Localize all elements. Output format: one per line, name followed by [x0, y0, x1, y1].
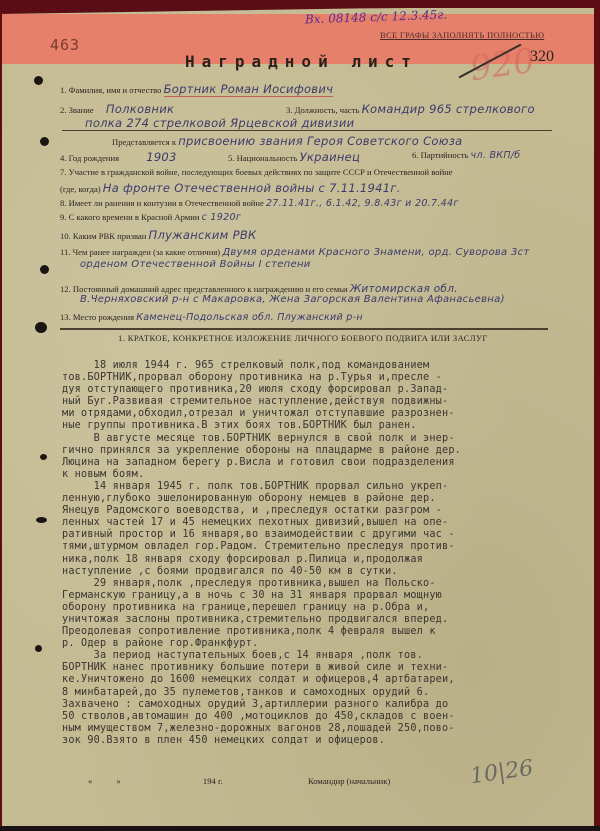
binder-hole-icon: [40, 137, 49, 146]
divider: [62, 130, 552, 131]
field-label: Каким РВК призван: [73, 231, 146, 241]
field-number: 3.: [286, 105, 292, 115]
narrative-line: ми отрядами,обходил,отрезал и уничтожал …: [62, 408, 582, 420]
narrative-line: БОРТНИК нанес противнику большие потери …: [62, 662, 582, 674]
narrative-line: ленную,глубоко эшелонированную оборону н…: [62, 493, 582, 505]
field-rank: 2. Звание Полковник: [60, 102, 174, 116]
bottom-edge: [0, 826, 600, 831]
sheet-number: 320: [530, 48, 554, 66]
field-value: Двумя орденами Красного Знамени, орд. Су…: [222, 247, 529, 258]
field-number: 4.: [60, 153, 66, 163]
field-number: 2.: [60, 105, 66, 115]
divider: [60, 328, 548, 330]
narrative-text: 18 июля 1944 г. 965 стрелковый полк,под …: [62, 360, 582, 747]
field-value: Командир 965 стрелкового: [362, 102, 535, 116]
archive-number: 463: [50, 36, 80, 54]
field-value: Плужанским РВК: [149, 228, 257, 242]
narrative-line: гично принялся за укрепление обороны на …: [62, 445, 582, 457]
narrative-line: 14 января 1945 г. полк тов.БОРТНИК прорв…: [62, 481, 582, 493]
field-number: 10.: [60, 231, 71, 241]
field-number: 13.: [60, 312, 71, 322]
narrative-line: ративный простор и 16 января,во взаимоде…: [62, 529, 582, 541]
field-value: Полковник: [106, 102, 174, 116]
field-previous-awards: 11. Чем ранее награжден (за какие отличи…: [60, 247, 530, 258]
field-value: орденом Отечественной Войны I степени: [80, 259, 311, 270]
field-birth-year: 4. Год рождения 1903: [60, 150, 177, 164]
field-birthplace: 13. Место рождения Каменец-Подольская об…: [60, 312, 363, 323]
field-number: 12.: [60, 284, 71, 294]
narrative-line: Захвачено : самоходных орудий 3,артиллер…: [62, 699, 582, 711]
field-label: Должность, часть: [295, 105, 360, 115]
narrative-line: Преодолевая сопротивление противника,пол…: [62, 626, 582, 638]
field-label: Национальность: [237, 153, 298, 163]
narrative-line: Янецув Радомского воеводства, и ,преслед…: [62, 505, 582, 517]
narrative-line: тов.БОРТНИК,прорвал оборону противника н…: [62, 372, 582, 384]
field-value: Украинец: [300, 150, 361, 164]
field-label: (где, когда): [60, 184, 101, 194]
field-label: Чем ранее награжден (за какие отличия): [73, 247, 221, 257]
field-home-address-cont: В.Черняховский р-н с Макаровка, Жена Заг…: [80, 294, 505, 305]
field-value: Каменец-Подольская обл. Плужанский р-н: [136, 312, 363, 323]
field-number: 11.: [60, 247, 70, 257]
field-conscription-office: 10. Каким РВК призван Плужанским РВК: [60, 228, 257, 242]
field-value: с 1920г: [202, 212, 242, 223]
field-army-since: 9. С какого времени в Красной Армии с 19…: [60, 212, 241, 223]
field-value: полка 274 стрелковой Ярцевской дивизии: [85, 116, 354, 130]
document-title: Наградной лист: [185, 52, 418, 71]
field-value: присвоению звания Героя Советского Союза: [178, 134, 462, 148]
field-value: 27.11.41г., 6.1.42, 9.8.43г и 20.7.44г: [266, 198, 459, 209]
narrative-line: ные группы противника.В этих боях тов.БО…: [62, 420, 582, 432]
field-label: Место рождения: [73, 312, 134, 322]
field-number: 1.: [60, 85, 66, 95]
field-presented-for: Представляется к присвоению звания Героя…: [112, 134, 462, 148]
binder-hole-icon: [35, 645, 42, 652]
narrative-line: зок 90.Взято в плен 450 немецких солдат …: [62, 735, 582, 747]
document-page: 463 Вх. 08148 с/с 12.3.45г. ВСЕ ГРАФЫ ЗА…: [0, 0, 600, 831]
field-war-participation: 7. Участие в гражданской войне, последую…: [60, 167, 453, 177]
field-label: Партийность: [421, 150, 469, 160]
field-label: Год рождения: [69, 153, 119, 163]
field-wounds: 8. Имеет ли ранения и контузии в Отечест…: [60, 198, 459, 209]
narrative-line: Германскую границу,а в ночь с 30 на 31 я…: [62, 590, 582, 602]
field-position-cont: полка 274 стрелковой Ярцевской дивизии: [85, 116, 354, 130]
field-previous-awards-cont: орденом Отечественной Войны I степени: [80, 259, 311, 270]
narrative-line: ке.Уничтожено до 1600 немецких солдат и …: [62, 674, 582, 686]
field-label: Постоянный домашний адрес представленног…: [73, 284, 348, 294]
narrative-line: ный Буг.Развивая стремительное наступлен…: [62, 396, 582, 408]
field-label: Фамилия, имя и отчество: [69, 85, 162, 95]
narrative-line: к новым боям.: [62, 469, 582, 481]
narrative-line: Люцина на западном берегу р.Висла и гото…: [62, 457, 582, 469]
narrative-line: В августе месяце тов.БОРТНИК вернулся в …: [62, 433, 582, 445]
narrative-line: 18 июля 1944 г. 965 стрелковый полк,под …: [62, 360, 582, 372]
field-position: 3. Должность, часть Командир 965 стрелко…: [286, 102, 535, 116]
field-value: Бортник Роман Иосифович: [164, 82, 334, 97]
field-label: Звание: [69, 105, 94, 115]
quote-close: »: [116, 776, 120, 786]
instruction-text: ВСЕ ГРАФЫ ЗАПОЛНЯТЬ ПОЛНОСТЬЮ: [380, 30, 544, 40]
field-number: 6.: [412, 150, 418, 160]
narrative-line: уничтожая заслоны противника,стремительн…: [62, 614, 582, 626]
date-line: « » 194 г.: [88, 776, 223, 786]
field-name: 1. Фамилия, имя и отчество Бортник Роман…: [60, 82, 333, 96]
section-heading: 1. КРАТКОЕ, КОНКРЕТНОЕ ИЗЛОЖЕНИЕ ЛИЧНОГО…: [118, 333, 488, 343]
narrative-line: оборону противника на границе,перешел гр…: [62, 602, 582, 614]
field-number: 7.: [60, 167, 66, 177]
year-field: 194 г.: [203, 776, 223, 786]
narrative-line: тями,штурмом овладел гор.Радом. Стремите…: [62, 541, 582, 553]
narrative-line: ленных частей 17 и 45 немецких пехотных …: [62, 517, 582, 529]
narrative-line: 29 января,полк ,преследуя противника,выш…: [62, 578, 582, 590]
quote-open: «: [88, 776, 92, 786]
field-value: 1903: [146, 150, 176, 164]
field-number: 8.: [60, 198, 66, 208]
binder-hole-icon: [36, 517, 47, 523]
narrative-line: 50 стволов,автомашин до 400 ,мотоциклов …: [62, 711, 582, 723]
narrative-line: дуя отступающего противника,20 июля сход…: [62, 384, 582, 396]
field-value: На фронте Отечественной войны с 7.11.194…: [103, 181, 401, 195]
field-party: 6. Партийность чл. ВКП/б: [412, 150, 520, 161]
field-value: чл. ВКП/б: [471, 150, 521, 161]
field-label: С какого времени в Красной Армии: [69, 212, 200, 222]
commander-signature-label: Командир (начальник): [308, 776, 390, 786]
narrative-line: наступление ,с боями продвигался по 40-5…: [62, 566, 582, 578]
binder-hole-icon: [40, 265, 49, 274]
field-number: 5.: [228, 153, 234, 163]
field-label: Имеет ли ранения и контузии в Отечествен…: [69, 198, 264, 208]
field-nationality: 5. Национальность Украинец: [228, 150, 360, 164]
narrative-line: ным имуществом 7,железно-дорожных вагоно…: [62, 723, 582, 735]
narrative-line: ника,полк 18 января сходу форсировал р.П…: [62, 554, 582, 566]
field-value: В.Черняховский р-н с Макаровка, Жена Заг…: [80, 294, 505, 305]
narrative-line: 8 минбатарей,до 35 пулеметов,танков и са…: [62, 687, 582, 699]
field-war-participation-cont: (где, когда) На фронте Отечественной вой…: [60, 181, 401, 195]
narrative-line: р. Одер в районе гор.Франкфурт.: [62, 638, 582, 650]
binder-hole-icon: [40, 454, 47, 460]
field-label: Представляется к: [112, 137, 176, 147]
narrative-line: За период наступательных боев,с 14 январ…: [62, 650, 582, 662]
binder-hole-icon: [34, 76, 43, 85]
field-number: 9.: [60, 212, 66, 222]
field-label: Участие в гражданской войне, последующих…: [69, 167, 453, 177]
binder-hole-icon: [35, 322, 47, 333]
